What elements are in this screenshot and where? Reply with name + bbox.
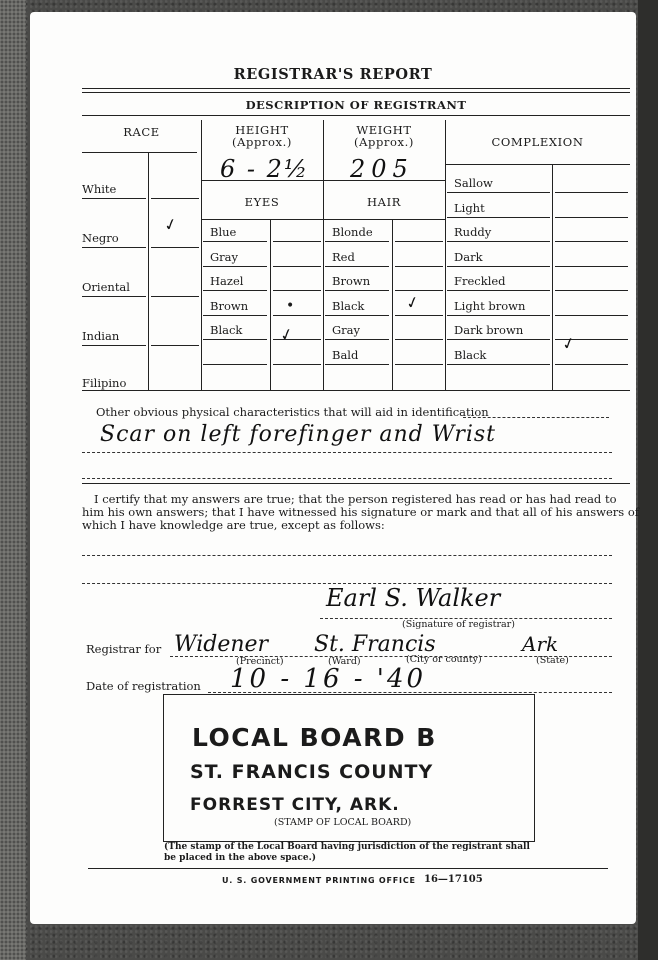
eyes-option-gray: Gray xyxy=(210,250,238,264)
complexion-option-light: Light xyxy=(454,201,485,215)
race-header: RACE xyxy=(82,126,201,138)
hair-option-brown: Brown xyxy=(332,274,370,288)
race-option-negro: Negro xyxy=(82,231,119,245)
complexion-option-dark-brown: Dark brown xyxy=(454,323,523,337)
eyes-dot-mark[interactable]: • xyxy=(286,298,294,314)
complexion-option-dark: Dark xyxy=(454,250,483,264)
date-label: Date of registration xyxy=(86,680,201,693)
exceptions-line-1[interactable] xyxy=(82,555,612,556)
hair-option-blonde: Blonde xyxy=(332,225,373,239)
form-subtitle: DESCRIPTION OF REGISTRANT xyxy=(82,98,630,112)
height-sub-header: (Approx.) xyxy=(201,136,323,148)
state-caption: (State) xyxy=(536,655,569,666)
stamp-line-1: LOCAL BOARD B xyxy=(192,723,437,752)
race-option-indian: Indian xyxy=(82,329,119,343)
race-option-oriental: Oriental xyxy=(82,280,130,294)
characteristics-value[interactable]: Scar on left forefinger and Wrist xyxy=(100,422,496,447)
registrar-for-label: Registrar for xyxy=(86,643,161,656)
race-option-filipino: Filipino xyxy=(82,376,126,390)
scan-background-left xyxy=(0,0,26,960)
registrar-report-card: REGISTRAR'S REPORT DESCRIPTION OF REGIST… xyxy=(30,12,636,924)
eyes-option-brown: Brown xyxy=(210,299,248,313)
hair-option-black: Black xyxy=(332,299,364,313)
hair-option-bald: Bald xyxy=(332,348,358,362)
eyes-header: EYES xyxy=(201,196,323,208)
eyes-option-hazel: Hazel xyxy=(210,274,243,288)
stamp-note: (The stamp of the Local Board having jur… xyxy=(164,842,544,864)
hair-option-gray: Gray xyxy=(332,323,360,337)
hair-header: HAIR xyxy=(323,196,445,208)
stamp-caption: (STAMP OF LOCAL BOARD) xyxy=(274,817,411,828)
form-number: 16—17105 xyxy=(424,874,483,885)
complexion-option-sallow: Sallow xyxy=(454,176,493,190)
race-check-mark[interactable]: ✓ xyxy=(162,214,180,236)
stamp-line-2: ST. FRANCIS COUNTY xyxy=(190,761,433,783)
title-rule xyxy=(82,88,630,93)
printer-label: U. S. GOVERNMENT PRINTING OFFICE xyxy=(222,876,416,885)
eyes-option-black: Black xyxy=(210,323,242,337)
eyes-check-mark[interactable]: ✓ xyxy=(278,324,296,346)
complexion-option-light-brown: Light brown xyxy=(454,299,525,313)
date-value[interactable]: 10 - 16 - '40 xyxy=(230,664,426,694)
hair-check-mark[interactable]: ✓ xyxy=(404,291,422,313)
complexion-check-mark[interactable]: ✓ xyxy=(560,332,578,354)
eyes-option-blue: Blue xyxy=(210,225,236,239)
complexion-option-freckled: Freckled xyxy=(454,274,506,288)
state-value[interactable]: Ark xyxy=(522,632,558,656)
scan-background-right xyxy=(638,0,658,960)
certification-text: I certify that my answers are true; that… xyxy=(82,493,642,532)
local-board-stamp: LOCAL BOARD B ST. FRANCIS COUNTY FORREST… xyxy=(163,694,535,842)
race-option-white: White xyxy=(82,182,116,196)
weight-sub-header: (Approx.) xyxy=(323,136,445,148)
signature-caption: (Signature of registrar) xyxy=(402,619,515,630)
complexion-header: COMPLEXION xyxy=(445,136,630,148)
registrar-signature[interactable]: Earl S. Walker xyxy=(326,584,500,612)
height-value[interactable]: 6 - 2½ xyxy=(220,155,309,183)
weight-value[interactable]: 205 xyxy=(350,155,414,183)
form-title: REGISTRAR'S REPORT xyxy=(30,66,636,83)
stamp-line-3: FORREST CITY, ARK. xyxy=(190,795,400,815)
characteristics-label: Other obvious physical characteristics t… xyxy=(96,406,489,419)
hair-option-red: Red xyxy=(332,250,355,264)
complexion-option-ruddy: Ruddy xyxy=(454,225,491,239)
precinct-value[interactable]: Widener xyxy=(174,632,268,657)
complexion-option-black: Black xyxy=(454,348,486,362)
